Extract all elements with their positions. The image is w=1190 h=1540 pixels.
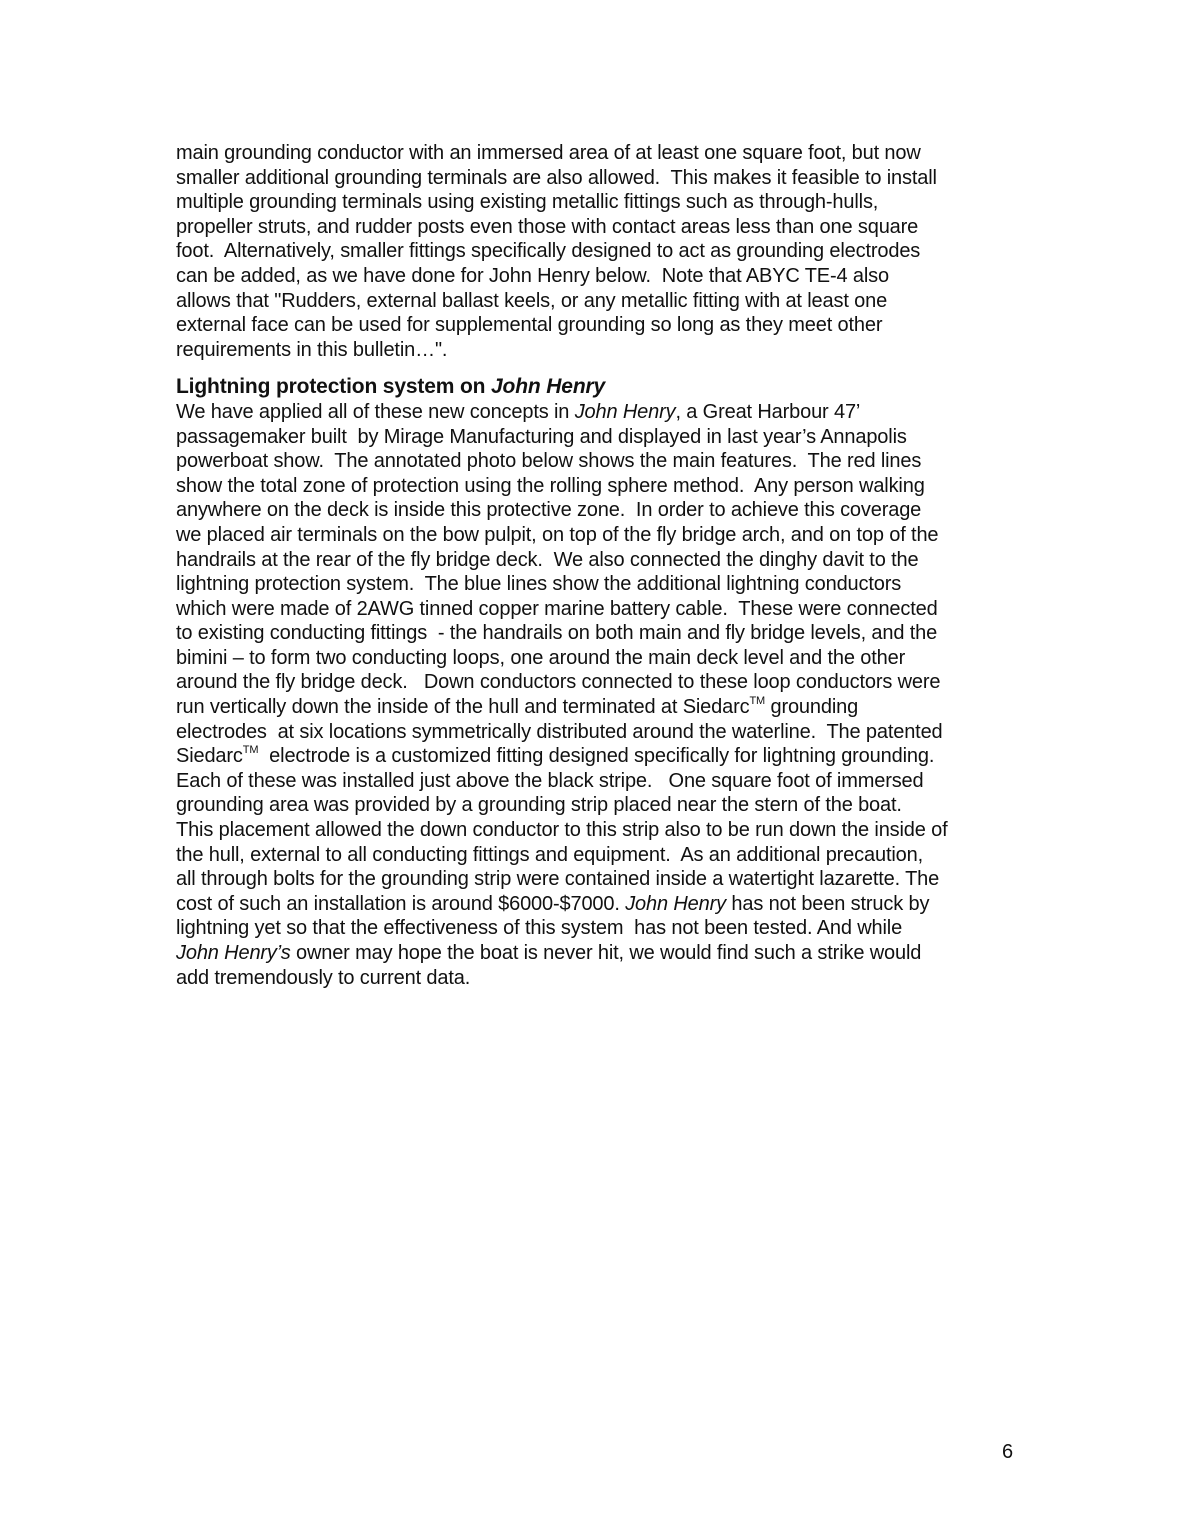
text-line: main grounding conductor with an immerse… [176,141,1022,166]
text-line: add tremendously to current data. [176,966,1022,991]
text-line: smaller additional grounding terminals a… [176,166,1022,191]
text-run: grounding [765,696,858,718]
heading-text: Lightning protection system on [176,375,491,398]
text-line: bimini – to form two conducting loops, o… [176,646,1022,671]
text-line: Each of these was installed just above t… [176,769,1022,794]
text-run: Siedarc [176,745,243,767]
text-line: show the total zone of protection using … [176,474,1022,499]
text-run: cost of such an installation is around $… [176,893,625,915]
text-line: lightning protection system. The blue li… [176,572,1022,597]
heading-italic-boat-name: John Henry [491,375,605,398]
text-line: grounding area was provided by a groundi… [176,793,1022,818]
section-heading: Lightning protection system on John Henr… [176,375,1022,400]
text-run: run vertically down the inside of the hu… [176,696,749,718]
text-run: electrode is a customized fitting design… [258,745,934,767]
text-line: which were made of 2AWG tinned copper ma… [176,597,1022,622]
text-line: SiedarcTM electrode is a customized fitt… [176,744,1022,769]
trademark-superscript: TM [749,695,765,707]
text-line: all through bolts for the grounding stri… [176,867,1022,892]
text-line: cost of such an installation is around $… [176,892,1022,917]
text-line: can be added, as we have done for John H… [176,264,1022,289]
text-line: the hull, external to all conducting fit… [176,843,1022,868]
boat-name: John Henry [575,401,676,423]
text-line: multiple grounding terminals using exist… [176,190,1022,215]
text-line: to existing conducting fittings - the ha… [176,621,1022,646]
text-line: passagemaker built by Mirage Manufacturi… [176,425,1022,450]
text-line: anywhere on the deck is inside this prot… [176,498,1022,523]
text-line: requirements in this bulletin…". [176,338,1022,363]
text-line: propeller struts, and rudder posts even … [176,215,1022,240]
trademark-superscript: TM [243,744,259,756]
text-line: run vertically down the inside of the hu… [176,695,1022,720]
text-line: This placement allowed the down conducto… [176,818,1022,843]
text-line: external face can be used for supplement… [176,313,1022,338]
document-body: main grounding conductor with an immerse… [176,141,1022,990]
text-line: We have applied all of these new concept… [176,400,1022,425]
text-line: foot. Alternatively, smaller fittings sp… [176,239,1022,264]
text-line: we placed air terminals on the bow pulpi… [176,523,1022,548]
text-line: handrails at the rear of the fly bridge … [176,548,1022,573]
text-line: around the fly bridge deck. Down conduct… [176,670,1022,695]
text-line: John Henry’s owner may hope the boat is … [176,941,1022,966]
page-number: 6 [1002,1441,1013,1464]
text-line: powerboat show. The annotated photo belo… [176,449,1022,474]
text-line: lightning yet so that the effectiveness … [176,916,1022,941]
paragraph-john-henry: We have applied all of these new concept… [176,400,1022,990]
text-line: electrodes at six locations symmetricall… [176,720,1022,745]
text-run: We have applied all of these new concept… [176,401,575,423]
text-run: owner may hope the boat is never hit, we… [291,942,922,964]
text-run: has not been struck by [726,893,929,915]
text-line: allows that "Rudders, external ballast k… [176,289,1022,314]
boat-name: John Henry’s [176,942,291,964]
paragraph-grounding-terminals: main grounding conductor with an immerse… [176,141,1022,362]
text-run: , a Great Harbour 47’ [675,401,860,423]
boat-name: John Henry [625,893,726,915]
